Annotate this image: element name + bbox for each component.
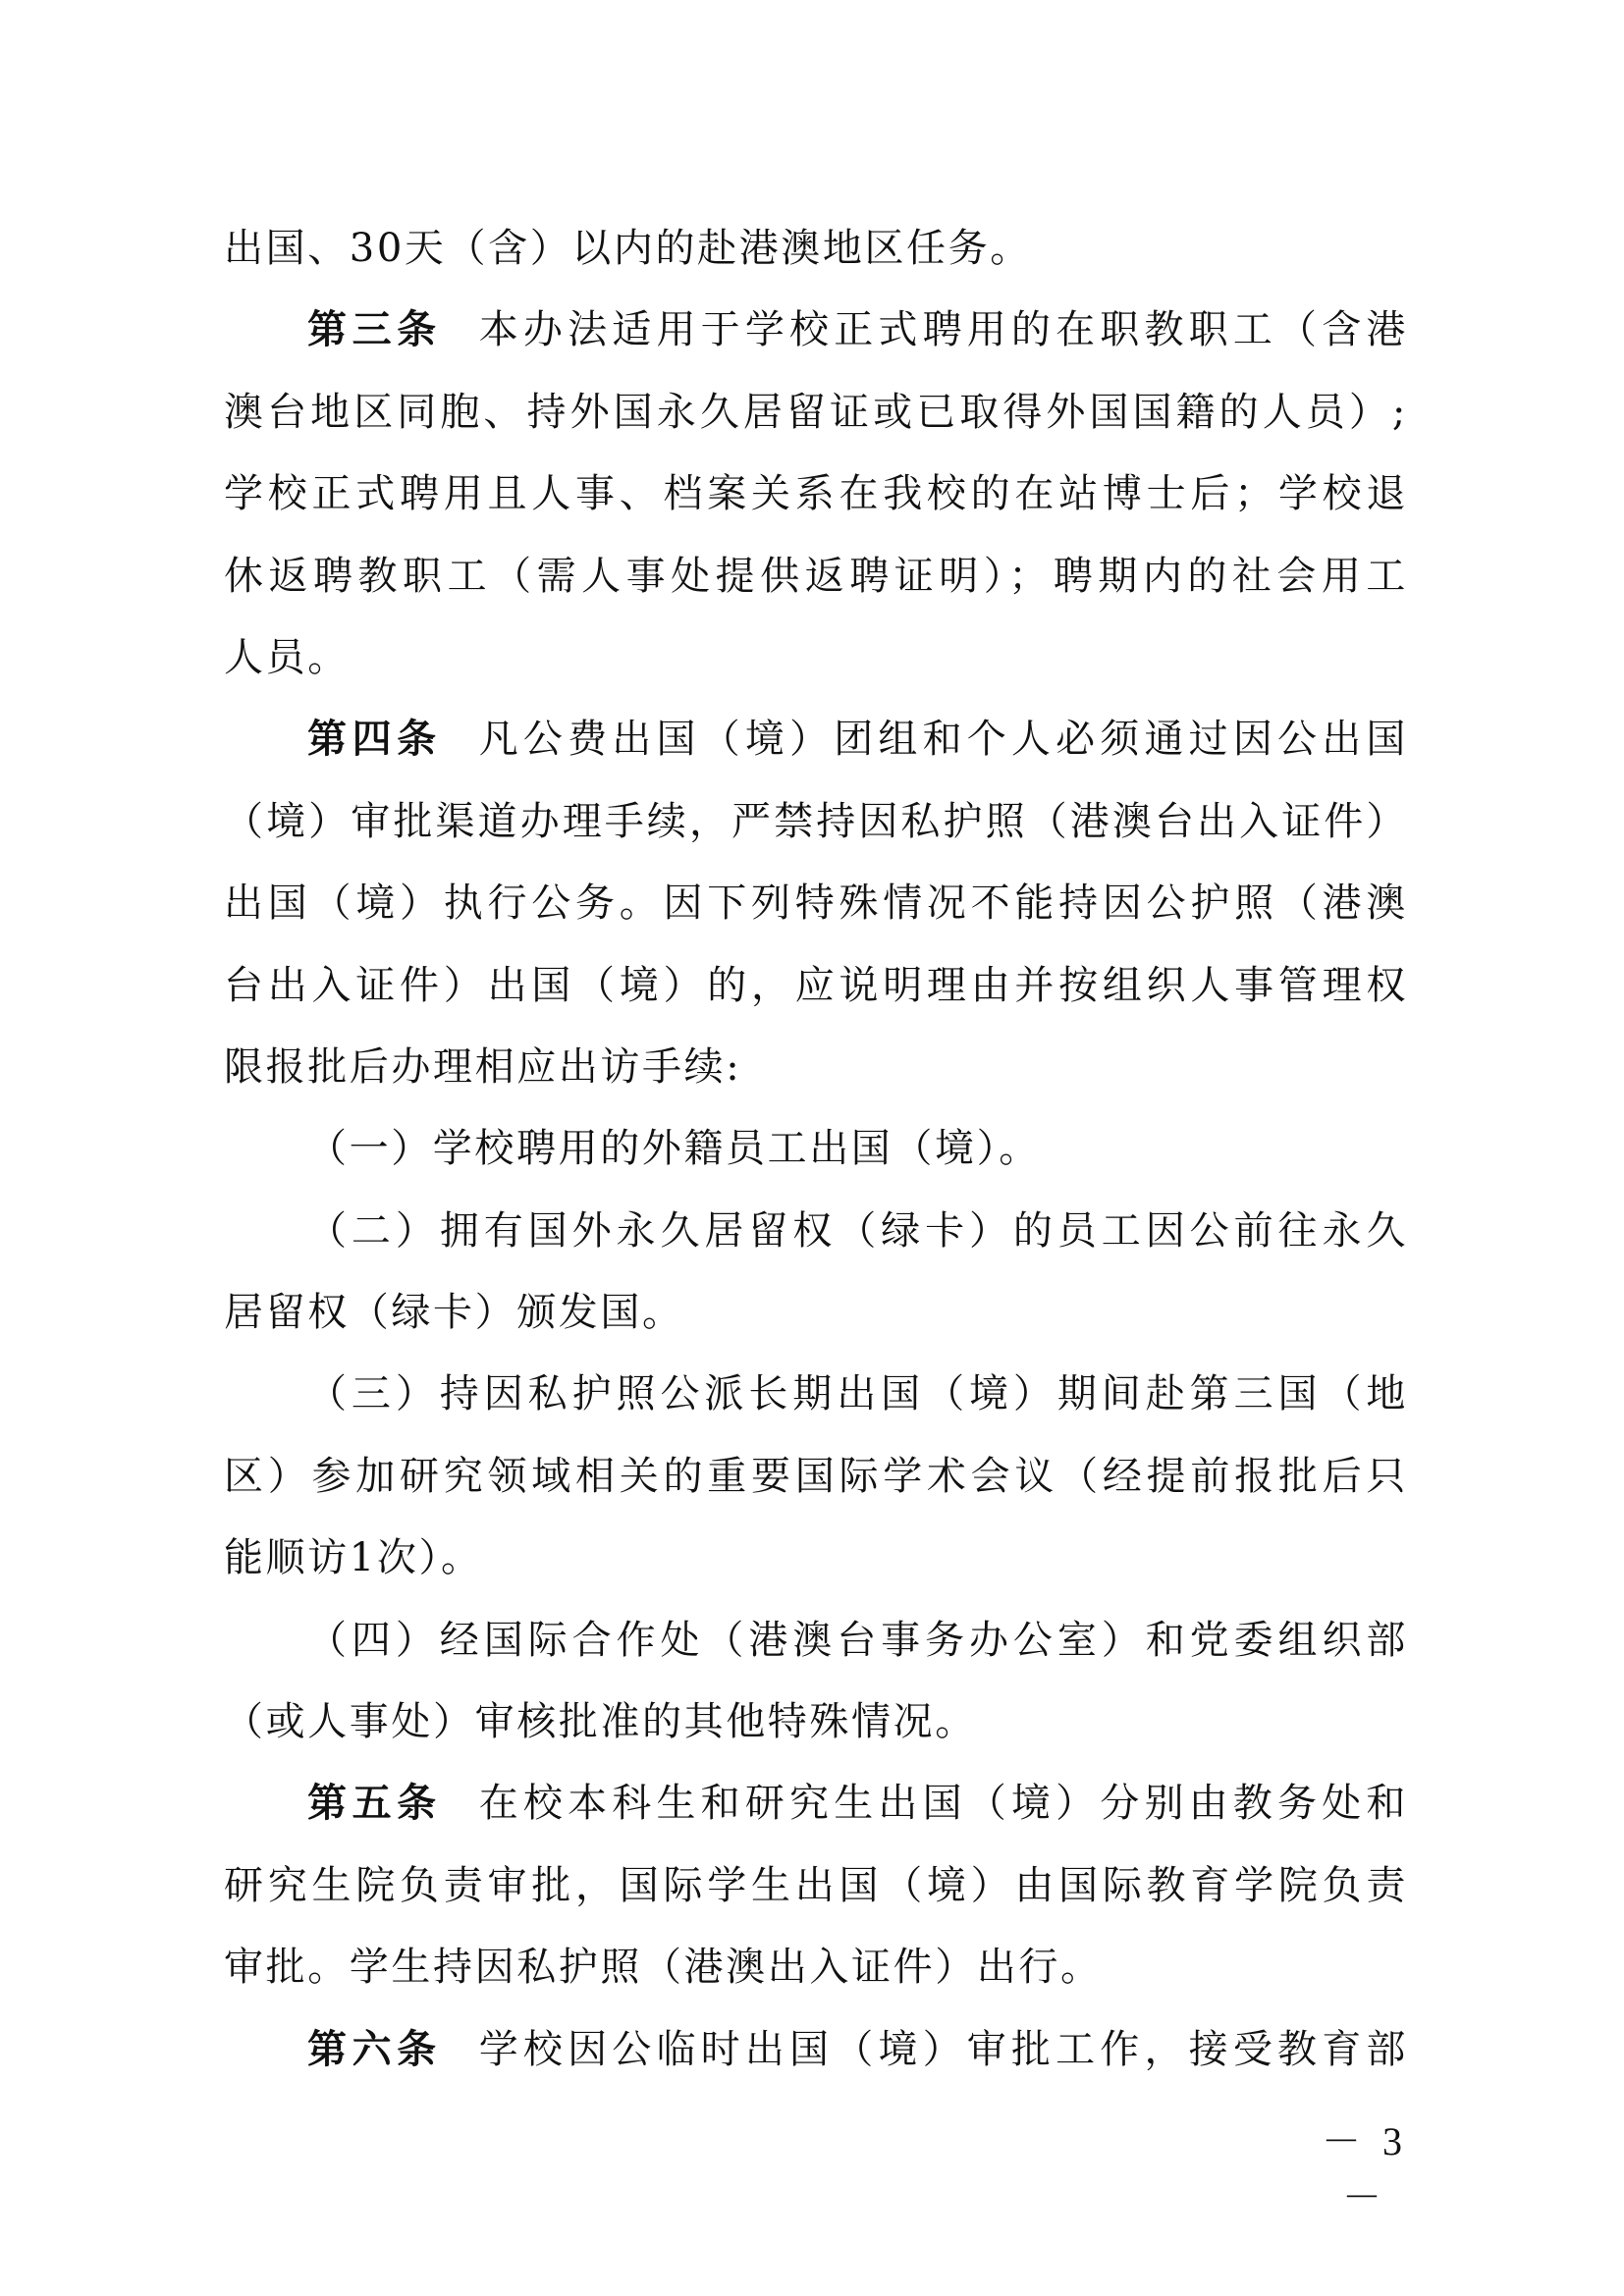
- text-line: 澳台地区同胞、持外国永久居留证或已取得外国国籍的人员）;: [224, 372, 1408, 454]
- document-body: 出国、30天（含）以内的赴港澳地区任务。 第三条本办法适用于学校正式聘用的在职教…: [224, 208, 1408, 2091]
- text-line: 第三条本办法适用于学校正式聘用的在职教职工（含港: [224, 290, 1408, 371]
- text-run: 本办法适用于学校正式聘用的在职教职工（含港: [479, 307, 1408, 352]
- paragraph-continuation: 出国、30天（含）以内的赴港澳地区任务。: [224, 208, 1408, 290]
- text-line: （境）审批渠道办理手续，严禁持因私护照（港澳台出入证件）: [224, 781, 1408, 863]
- text-line: 限报批后办理相应出访手续:: [224, 1027, 1408, 1108]
- text-run: 凡公费出国（境）团组和个人必须通过因公出国: [479, 717, 1408, 762]
- text-line: （二）拥有国外永久居留权（绿卡）的员工因公前往永久: [224, 1191, 1408, 1272]
- text-line: 第四条凡公费出国（境）团组和个人必须通过因公出国: [224, 699, 1408, 780]
- article-3: 第三条本办法适用于学校正式聘用的在职教职工（含港 澳台地区同胞、持外国永久居留证…: [224, 290, 1408, 699]
- article-5: 第五条在校本科生和研究生出国（境）分别由教务处和 研究生院负责审批，国际学生出国…: [224, 1763, 1408, 2008]
- text-line: 能顺访1次）。: [224, 1518, 1408, 1599]
- text-line: 台出入证件）出国（境）的，应说明理由并按组织人事管理权: [224, 945, 1408, 1027]
- list-item-3: （三）持因私护照公派长期出国（境）期间赴第三国（地 区）参加研究领域相关的重要国…: [224, 1354, 1408, 1599]
- text-line: 第六条学校因公临时出国（境）审批工作，接受教育部: [224, 2009, 1408, 2091]
- article-4: 第四条凡公费出国（境）团组和个人必须通过因公出国 （境）审批渠道办理手续，严禁持…: [224, 699, 1408, 1108]
- article-heading: 第六条: [307, 2027, 442, 2072]
- text-run: 在校本科生和研究生出国（境）分别由教务处和: [479, 1781, 1408, 1826]
- article-6: 第六条学校因公临时出国（境）审批工作，接受教育部: [224, 2009, 1408, 2091]
- text-line: 居留权（绿卡）颁发国。: [224, 1272, 1408, 1354]
- text-line: （一）学校聘用的外籍员工出国（境）。: [224, 1108, 1408, 1190]
- article-heading: 第四条: [307, 717, 442, 762]
- text-line: （三）持因私护照公派长期出国（境）期间赴第三国（地: [224, 1354, 1408, 1435]
- text-line: 研究生院负责审批，国际学生出国（境）由国际教育学院负责: [224, 1845, 1408, 1927]
- text-line: 人员。: [224, 617, 1408, 699]
- page-number: － 3 －: [1306, 2110, 1424, 2222]
- text-line: 出国、30天（含）以内的赴港澳地区任务。: [224, 208, 1408, 290]
- list-item-4: （四）经国际合作处（港澳台事务办公室）和党委组织部 （或人事处）审核批准的其他特…: [224, 1600, 1408, 1764]
- text-run: 学校因公临时出国（境）审批工作，接受教育部: [479, 2027, 1408, 2072]
- text-line: 出国（境）执行公务。因下列特殊情况不能持因公护照（港澳: [224, 863, 1408, 944]
- article-heading: 第五条: [307, 1781, 442, 1826]
- text-line: 区）参加研究领域相关的重要国际学术会议（经提前报批后只: [224, 1436, 1408, 1518]
- article-heading: 第三条: [307, 307, 442, 352]
- text-line: 第五条在校本科生和研究生出国（境）分别由教务处和: [224, 1763, 1408, 1844]
- text-line: （四）经国际合作处（港澳台事务办公室）和党委组织部: [224, 1600, 1408, 1682]
- text-line: 休返聘教职工（需人事处提供返聘证明）；聘期内的社会用工: [224, 536, 1408, 617]
- list-item-1: （一）学校聘用的外籍员工出国（境）。: [224, 1108, 1408, 1190]
- list-item-2: （二）拥有国外永久居留权（绿卡）的员工因公前往永久 居留权（绿卡）颁发国。: [224, 1191, 1408, 1355]
- text-line: 审批。学生持因私护照（港澳出入证件）出行。: [224, 1927, 1408, 2008]
- document-page: 出国、30天（含）以内的赴港澳地区任务。 第三条本办法适用于学校正式聘用的在职教…: [0, 0, 1624, 2296]
- text-line: 学校正式聘用且人事、档案关系在我校的在站博士后；学校退: [224, 454, 1408, 535]
- text-line: （或人事处）审核批准的其他特殊情况。: [224, 1682, 1408, 1763]
